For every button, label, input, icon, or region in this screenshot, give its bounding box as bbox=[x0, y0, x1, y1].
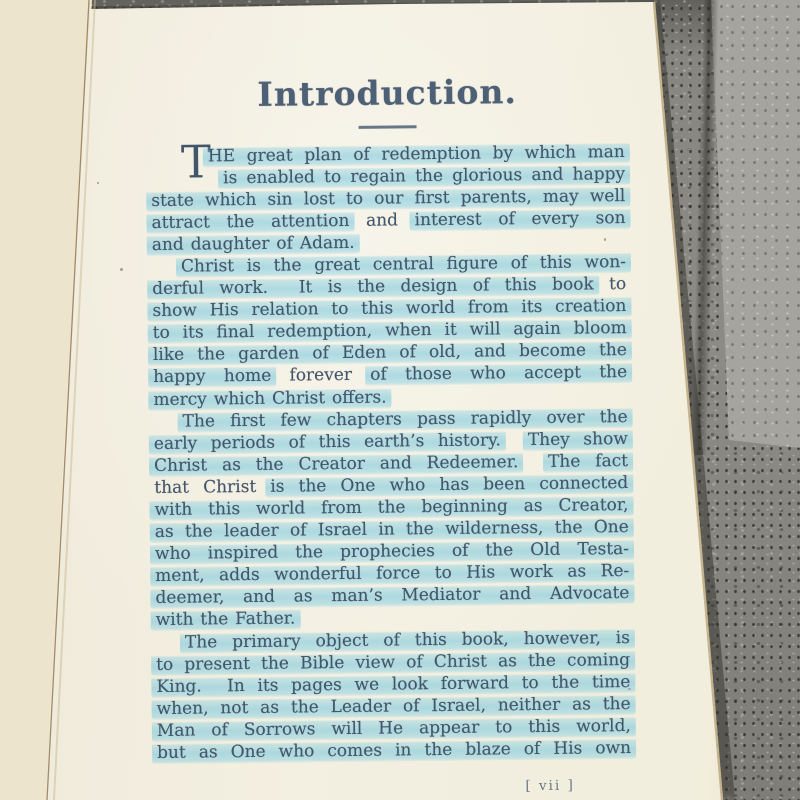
page-content: Introduction. T HE great plan of redempt… bbox=[150, 71, 631, 764]
highlighted-text: They show bbox=[523, 428, 633, 451]
title-divider bbox=[359, 125, 417, 128]
highlighted-text: The fact bbox=[543, 450, 633, 473]
page-number: [ vii ] bbox=[525, 778, 575, 795]
paragraph: The first few chapters pass rapidly over… bbox=[154, 406, 630, 632]
text-segment: forever bbox=[271, 365, 370, 386]
highlighted-text: interest of every son bbox=[410, 207, 631, 231]
paragraph: Christ is the great central figure of th… bbox=[152, 251, 628, 411]
highlighted-text: and daughter of Adam. bbox=[147, 232, 360, 256]
highlighted-text: attract the attention bbox=[146, 210, 354, 234]
highlighted-text: with the Father. bbox=[151, 608, 301, 632]
highlighted-text: mercy which Christ offers. bbox=[148, 386, 391, 411]
paper-speck bbox=[120, 268, 123, 271]
text-segment: that Christ bbox=[154, 477, 270, 498]
highlighted-text: happy home bbox=[148, 365, 276, 388]
text-segment: to bbox=[594, 274, 627, 294]
paragraphs: HE great plan of redemption by which man… bbox=[151, 141, 631, 765]
highlighted-text: of those who accept the bbox=[365, 361, 632, 386]
paragraph: HE great plan of redemption by which man… bbox=[151, 141, 626, 256]
book-photo: Introduction. T HE great plan of redempt… bbox=[0, 0, 800, 800]
paper-speck bbox=[97, 182, 99, 184]
page-title: Introduction. bbox=[150, 71, 624, 115]
paragraph: The primary object of this book, however… bbox=[156, 627, 631, 765]
text-segment: and bbox=[349, 210, 414, 231]
